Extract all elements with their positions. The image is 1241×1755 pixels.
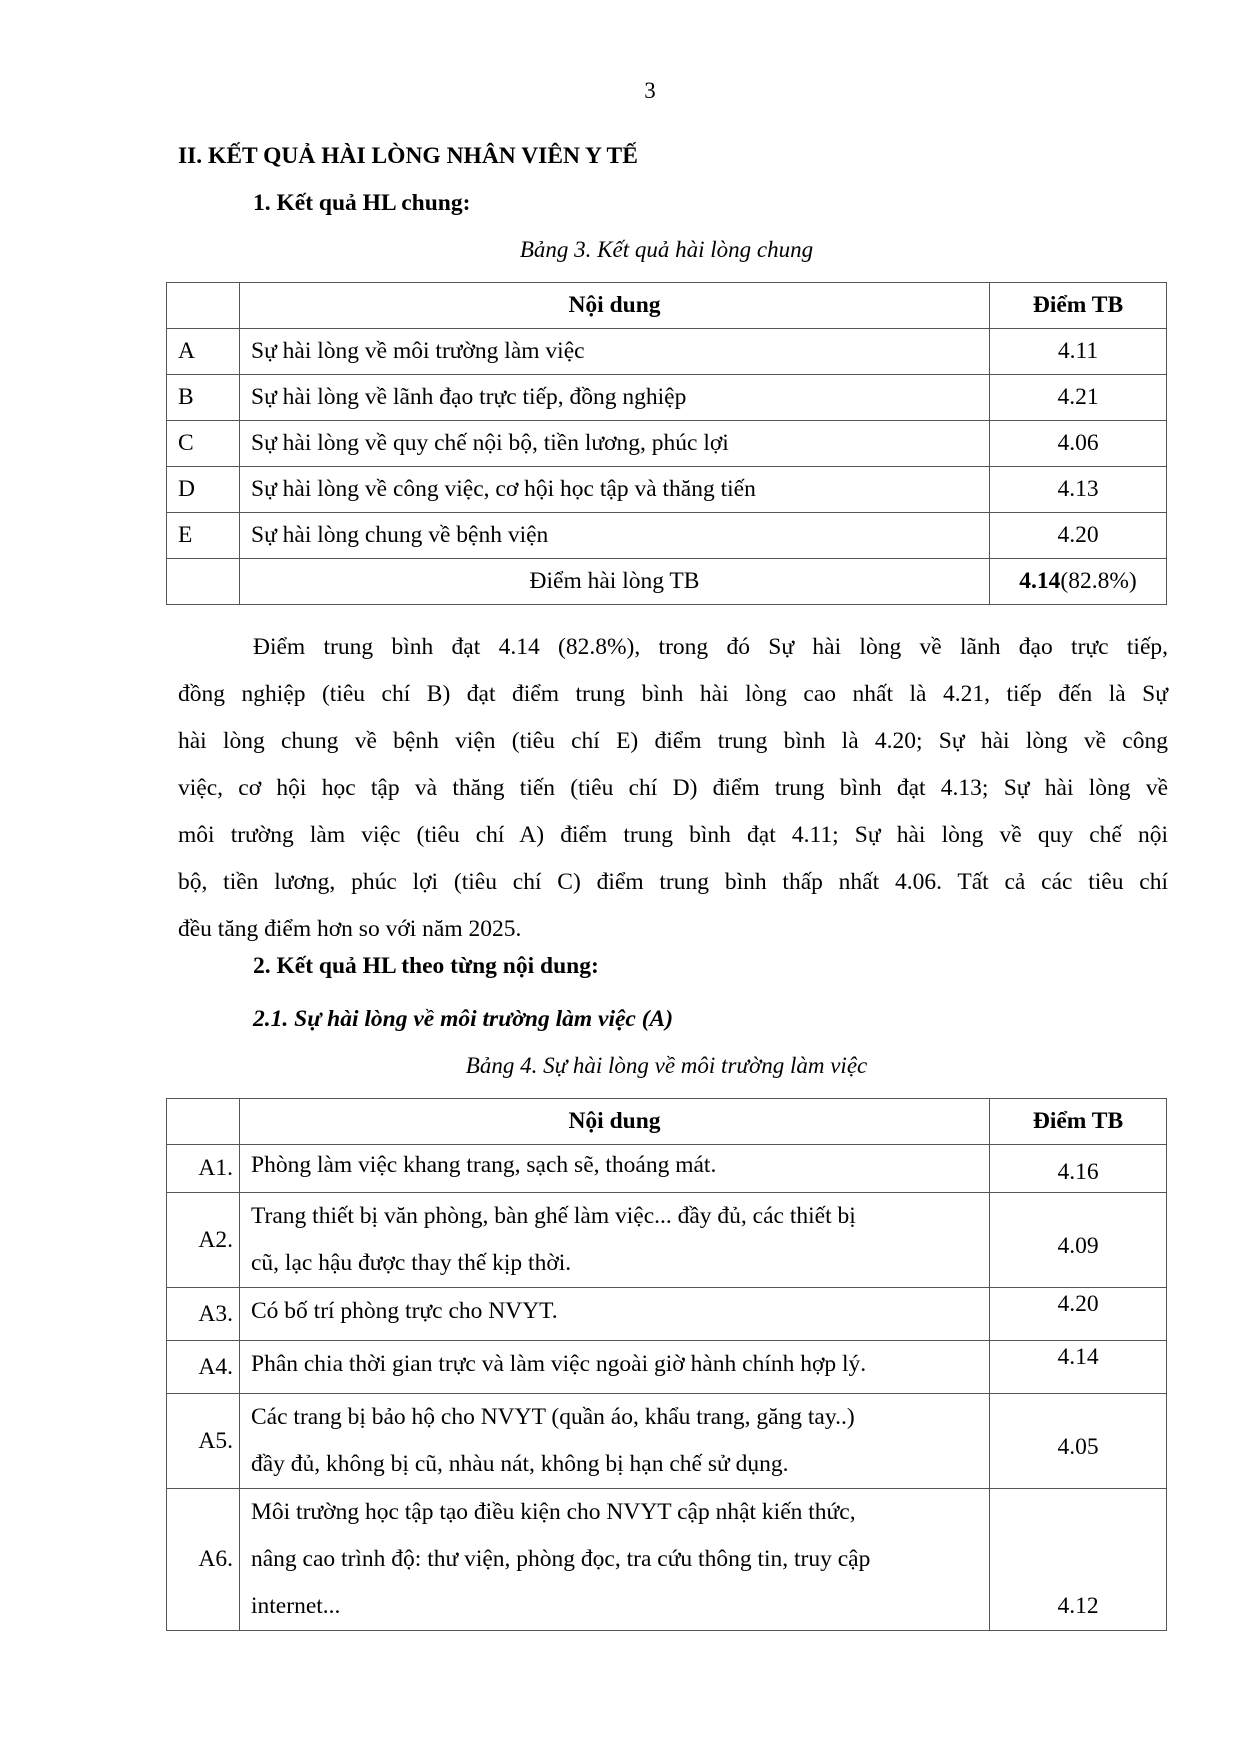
- table-row: A2. Trang thiết bị văn phòng, bàn ghế là…: [167, 1193, 1167, 1288]
- row-score: 4.16: [990, 1145, 1167, 1193]
- row-content: Có bố trí phòng trực cho NVYT.: [240, 1288, 990, 1341]
- paragraph-line: việc, cơ hội học tập và thăng tiến (tiêu…: [178, 765, 1168, 812]
- table-header-row: Nội dung Điểm TB: [167, 1099, 1167, 1145]
- row-content-line: cũ, lạc hậu được thay thế kịp thời.: [251, 1240, 978, 1287]
- table-row: A Sự hài lòng về môi trường làm việc 4.1…: [167, 329, 1167, 375]
- header-content: Nội dung: [240, 283, 990, 329]
- row-score: 4.09: [990, 1193, 1167, 1288]
- table-row: A1. Phòng làm việc khang trang, sạch sẽ,…: [167, 1145, 1167, 1193]
- row-content: Phòng làm việc khang trang, sạch sẽ, tho…: [240, 1145, 990, 1193]
- summary-paragraph: Điểm trung bình đạt 4.14 (82.8%), trong …: [178, 624, 1168, 953]
- section-heading: II. KẾT QUẢ HÀI LÒNG NHÂN VIÊN Y TẾ: [178, 143, 638, 170]
- table-3-caption: Bảng 3. Kết quả hài lòng chung: [0, 237, 1241, 263]
- table-row: D Sự hài lòng về công việc, cơ hội học t…: [167, 467, 1167, 513]
- row-code: E: [167, 513, 240, 559]
- paragraph-line: môi trường làm việc (tiêu chí A) điểm tr…: [178, 812, 1168, 859]
- total-score: 4.14(82.8%): [990, 559, 1167, 605]
- header-code: [167, 283, 240, 329]
- row-content: Phân chia thời gian trực và làm việc ngo…: [240, 1341, 990, 1394]
- row-content-line: Phân chia thời gian trực và làm việc ngo…: [251, 1341, 978, 1388]
- row-code: A3.: [167, 1288, 240, 1341]
- row-content-line: Có bố trí phòng trực cho NVYT.: [251, 1288, 978, 1335]
- row-code: A5.: [167, 1394, 240, 1489]
- row-content: Sự hài lòng về quy chế nội bộ, tiền lươn…: [240, 421, 990, 467]
- total-code: [167, 559, 240, 605]
- table-row: A4. Phân chia thời gian trực và làm việc…: [167, 1341, 1167, 1394]
- row-score: 4.20: [990, 1288, 1167, 1341]
- paragraph-line: hài lòng chung về bệnh viện (tiêu chí E)…: [178, 718, 1168, 765]
- row-content: Môi trường học tập tạo điều kiện cho NVY…: [240, 1489, 990, 1631]
- row-code: C: [167, 421, 240, 467]
- table-3-general-satisfaction: Nội dung Điểm TB A Sự hài lòng về môi tr…: [166, 282, 1167, 605]
- row-code: A1.: [167, 1145, 240, 1193]
- total-score-percent: (82.8%): [1060, 568, 1136, 594]
- table-total-row: Điểm hài lòng TB 4.14(82.8%): [167, 559, 1167, 605]
- row-content-line: internet...: [251, 1583, 978, 1630]
- row-code: A: [167, 329, 240, 375]
- row-content: Trang thiết bị văn phòng, bàn ghế làm vi…: [240, 1193, 990, 1288]
- subsection-heading-2-1: 2.1. Sự hài lòng về môi trường làm việc …: [253, 1006, 673, 1033]
- paragraph-line: Điểm trung bình đạt 4.14 (82.8%), trong …: [178, 624, 1168, 671]
- table-header-row: Nội dung Điểm TB: [167, 283, 1167, 329]
- row-content-line: Các trang bị bảo hộ cho NVYT (quần áo, k…: [251, 1394, 978, 1441]
- paragraph-line: bộ, tiền lương, phúc lợi (tiêu chí C) đi…: [178, 859, 1168, 906]
- row-code: A4.: [167, 1341, 240, 1394]
- row-content-line: Trang thiết bị văn phòng, bàn ghế làm vi…: [251, 1193, 978, 1240]
- row-content: Sự hài lòng chung về bệnh viện: [240, 513, 990, 559]
- paragraph-line: đều tăng điểm hơn so với năm 2025.: [178, 906, 1168, 953]
- row-content-line: Môi trường học tập tạo điều kiện cho NVY…: [251, 1489, 978, 1536]
- page-number: 3: [0, 78, 1241, 104]
- row-score: 4.13: [990, 467, 1167, 513]
- table-4-work-environment: Nội dung Điểm TB A1. Phòng làm việc khan…: [166, 1098, 1167, 1631]
- row-score: 4.14: [990, 1341, 1167, 1394]
- subsection-heading-2: 2. Kết quả HL theo từng nội dung:: [253, 953, 599, 980]
- row-content-line: Phòng làm việc khang trang, sạch sẽ, tho…: [251, 1145, 978, 1185]
- header-code: [167, 1099, 240, 1145]
- table-row: E Sự hài lòng chung về bệnh viện 4.20: [167, 513, 1167, 559]
- row-score: 4.12: [990, 1489, 1167, 1631]
- table-row: A3. Có bố trí phòng trực cho NVYT. 4.20: [167, 1288, 1167, 1341]
- paragraph-line: đồng nghiệp (tiêu chí B) đạt điểm trung …: [178, 671, 1168, 718]
- row-code: A2.: [167, 1193, 240, 1288]
- row-score: 4.05: [990, 1394, 1167, 1489]
- table-row: A5. Các trang bị bảo hộ cho NVYT (quần á…: [167, 1394, 1167, 1489]
- header-score: Điểm TB: [990, 283, 1167, 329]
- table-row: A6. Môi trường học tập tạo điều kiện cho…: [167, 1489, 1167, 1631]
- row-code: B: [167, 375, 240, 421]
- total-label: Điểm hài lòng TB: [240, 559, 990, 605]
- row-content: Sự hài lòng về lãnh đạo trực tiếp, đồng …: [240, 375, 990, 421]
- row-content: Sự hài lòng về môi trường làm việc: [240, 329, 990, 375]
- total-score-value: 4.14: [1019, 568, 1060, 594]
- row-content: Các trang bị bảo hộ cho NVYT (quần áo, k…: [240, 1394, 990, 1489]
- table-row: C Sự hài lòng về quy chế nội bộ, tiền lư…: [167, 421, 1167, 467]
- subsection-heading-1: 1. Kết quả HL chung:: [253, 190, 470, 217]
- row-score: 4.21: [990, 375, 1167, 421]
- row-code: D: [167, 467, 240, 513]
- row-content-line: nâng cao trình độ: thư viện, phòng đọc, …: [251, 1536, 978, 1583]
- table-row: B Sự hài lòng về lãnh đạo trực tiếp, đồn…: [167, 375, 1167, 421]
- row-score: 4.06: [990, 421, 1167, 467]
- row-content-line: đầy đủ, không bị cũ, nhàu nát, không bị …: [251, 1441, 978, 1488]
- row-score: 4.11: [990, 329, 1167, 375]
- row-score: 4.20: [990, 513, 1167, 559]
- header-score: Điểm TB: [990, 1099, 1167, 1145]
- row-code: A6.: [167, 1489, 240, 1631]
- header-content: Nội dung: [240, 1099, 990, 1145]
- row-content: Sự hài lòng về công việc, cơ hội học tập…: [240, 467, 990, 513]
- table-4-caption: Bảng 4. Sự hài lòng về môi trường làm vi…: [0, 1053, 1241, 1079]
